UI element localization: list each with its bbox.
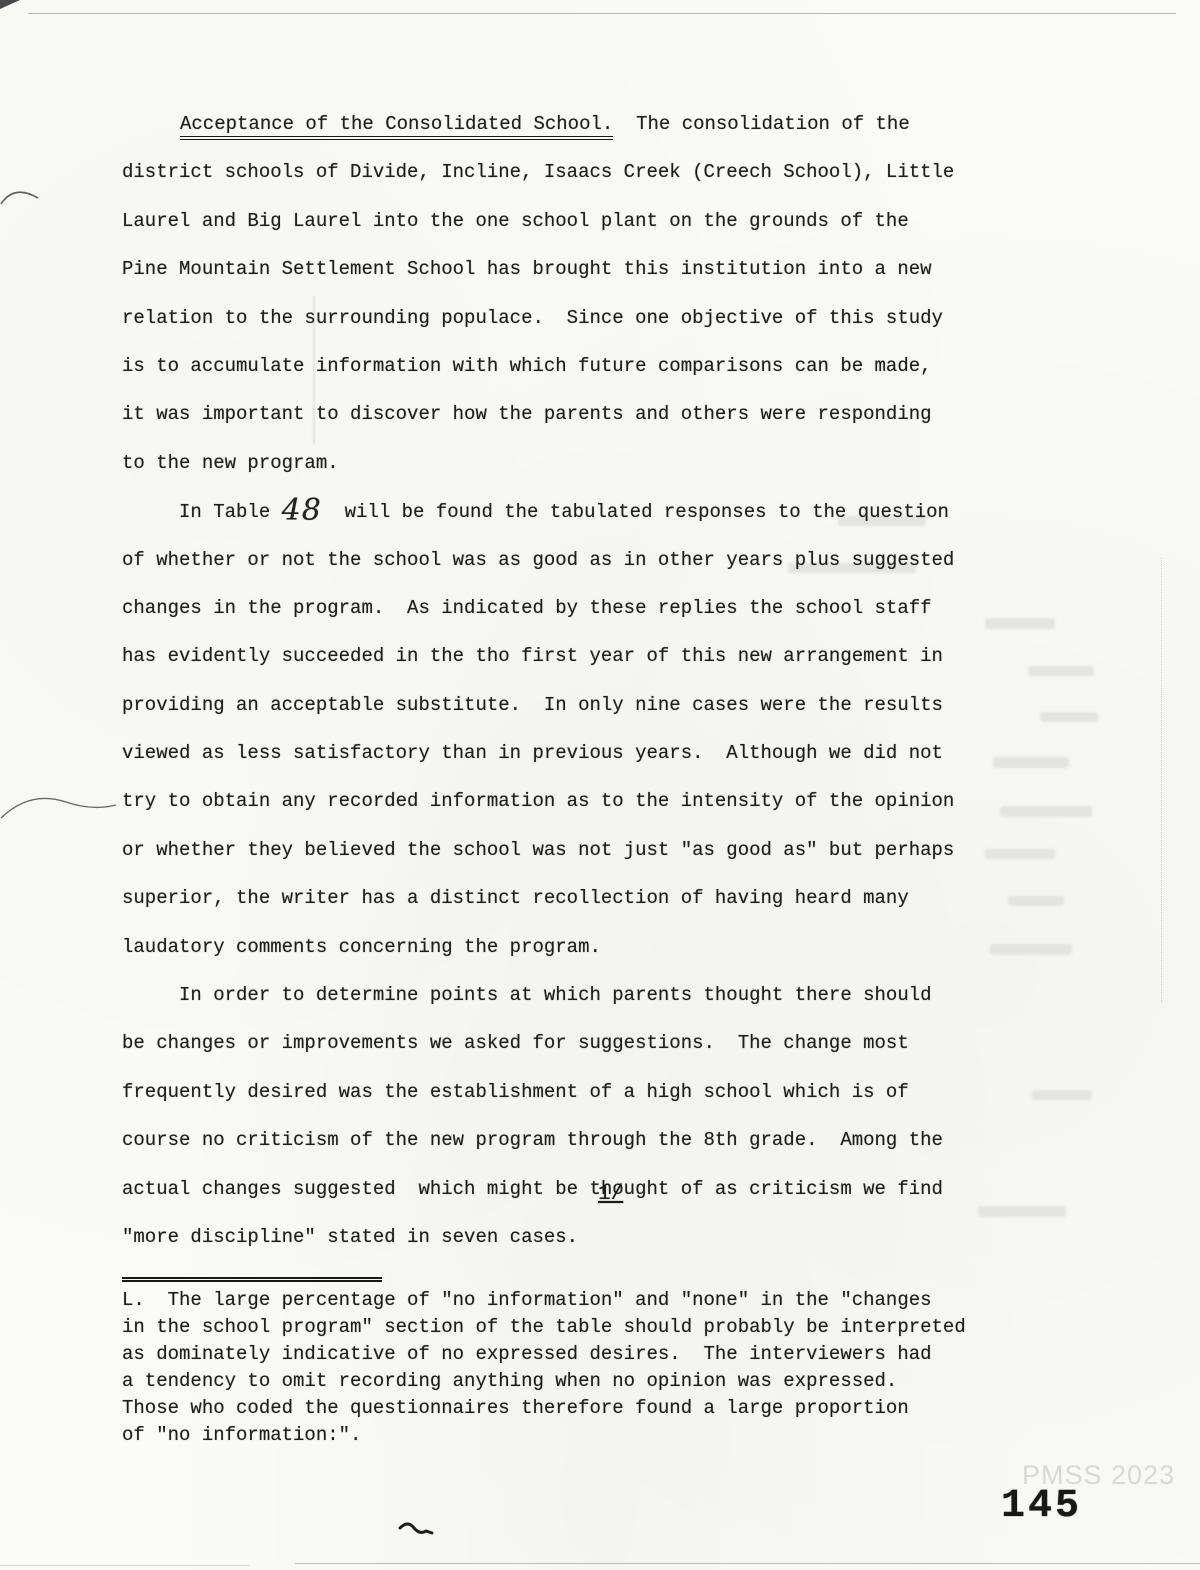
- body-line: Laurel and Big Laurel into the one schoo…: [122, 197, 1062, 245]
- page-number: 145: [1001, 1484, 1082, 1529]
- body-line: course no criticism of the new program t…: [122, 1116, 1062, 1164]
- footnote-rule: [122, 1277, 382, 1282]
- typewritten-body: Acceptance of the Consolidated School. T…: [122, 100, 1062, 1261]
- body-line: Acceptance of the Consolidated School. T…: [122, 100, 1062, 148]
- body-line: changes in the program. As indicated by …: [122, 584, 1062, 632]
- footnote-line: of "no information:".: [122, 1422, 1042, 1449]
- table-number-handwritten: 48: [282, 493, 322, 528]
- body-line: to the new program.: [122, 439, 1062, 487]
- scan-artifact-ink-squiggle: [398, 1518, 436, 1540]
- body-line: superior, the writer has a distinct reco…: [122, 874, 1062, 922]
- scan-artifact-bottom-edge-left: [0, 1565, 250, 1566]
- scan-artifact-corner-nick: [0, 0, 22, 10]
- footnote-block: L. The large percentage of "no informati…: [122, 1277, 1042, 1449]
- footnote-line: in the school program" section of the ta…: [122, 1314, 1042, 1341]
- scan-artifact-left-curve: [0, 790, 118, 822]
- body-line: frequently desired was the establishment…: [122, 1068, 1062, 1116]
- footnote-line: as dominately indicative of no expressed…: [122, 1341, 1042, 1368]
- body-text: will be found the tabulated responses to…: [322, 501, 949, 523]
- footnote-marker: 1/: [598, 1183, 623, 1206]
- body-line: be changes or improvements we asked for …: [122, 1019, 1062, 1067]
- body-line: actual changes suggested which might be …: [122, 1165, 1062, 1213]
- body-line: is to accumulate information with which …: [122, 342, 1062, 390]
- body-line: of whether or not the school was as good…: [122, 536, 1062, 584]
- section-heading: Acceptance of the Consolidated School.: [180, 113, 613, 140]
- scan-artifact-bottom-edge: [295, 1563, 1200, 1564]
- scan-artifact-bleedthrough-rule: [1161, 558, 1162, 1003]
- body-line: or whether they believed the school was …: [122, 826, 1062, 874]
- body-line: it was important to discover how the par…: [122, 390, 1062, 438]
- body-text: The consolidation of the: [613, 113, 909, 135]
- body-line: providing an acceptable substitute. In o…: [122, 681, 1062, 729]
- body-line: try to obtain any recorded information a…: [122, 777, 1062, 825]
- scanned-document-page: Acceptance of the Consolidated School. T…: [0, 0, 1200, 1570]
- body-line: In order to determine points at which pa…: [122, 971, 1062, 1019]
- body-line: "more discipline" stated in seven cases.: [122, 1213, 1062, 1261]
- footnote-line: a tendency to omit recording anything wh…: [122, 1368, 1042, 1395]
- footnote-line: L. The large percentage of "no informati…: [122, 1287, 1042, 1314]
- body-line: has evidently succeeded in the tho first…: [122, 632, 1062, 680]
- body-line: relation to the surrounding populace. Si…: [122, 294, 1062, 342]
- body-line: viewed as less satisfactory than in prev…: [122, 729, 1062, 777]
- body-line: In Table 48 will be found the tabulated …: [122, 487, 1062, 535]
- body-line: laudatory comments concerning the progra…: [122, 923, 1062, 971]
- footnote-line: Those who coded the questionnaires there…: [122, 1395, 1042, 1422]
- scan-artifact-top-edge: [28, 13, 1176, 14]
- body-line: district schools of Divide, Incline, Isa…: [122, 148, 1062, 196]
- body-line: Pine Mountain Settlement School has brou…: [122, 245, 1062, 293]
- scan-artifact-left-arc: [0, 182, 40, 208]
- body-text: In Table: [122, 501, 282, 523]
